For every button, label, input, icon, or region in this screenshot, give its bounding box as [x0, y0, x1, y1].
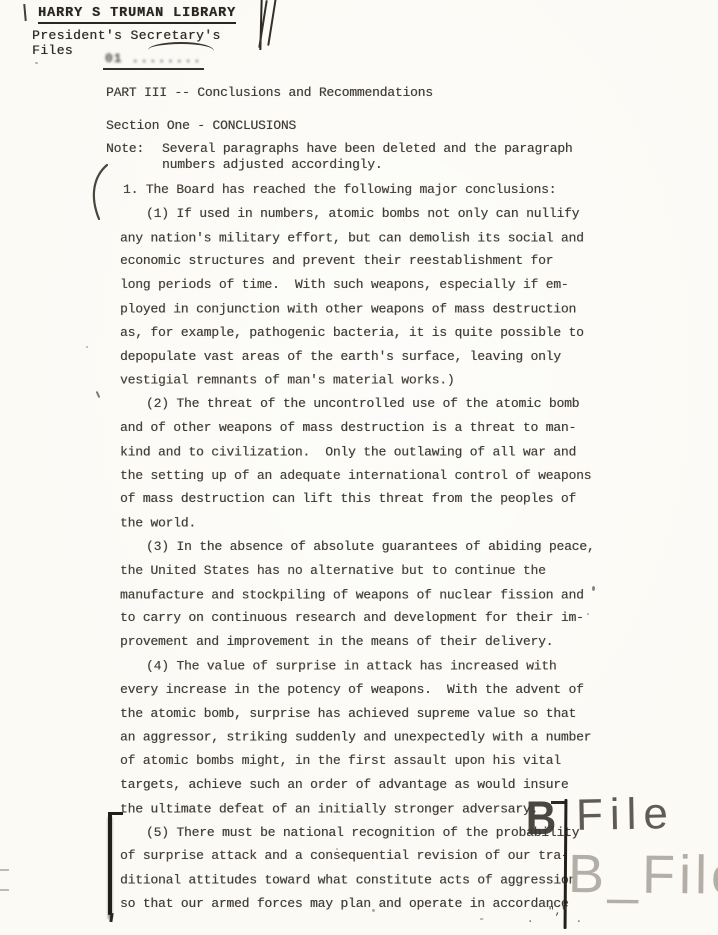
- document-line: as, for example, pathogenic bacteria, it…: [106, 321, 636, 345]
- document-line: (1) If used in numbers, atomic bombs not…: [106, 202, 636, 226]
- document-line: an aggressor, striking suddenly and unex…: [106, 726, 636, 750]
- document-line: long periods of time. With such weapons,…: [106, 273, 636, 297]
- document-line: (4) The value of surprise in attack has …: [106, 654, 636, 678]
- document-line: 1. The Board has reached the following m…: [106, 178, 636, 202]
- document-line: any nation's military effort, but can de…: [106, 226, 636, 250]
- scan-edge-artifact: [0, 889, 9, 891]
- document-body: 1. The Board has reached the following m…: [106, 178, 636, 916]
- part-heading: PART III -- Conclusions and Recommendati…: [106, 85, 433, 100]
- library-stamp-box: HARRY S TRUMAN LIBRARY President's Secre…: [28, 2, 260, 48]
- document-line: the setting up of an adequate internatio…: [106, 464, 636, 488]
- document-line: the United States has no alternative but…: [106, 559, 636, 583]
- pen-bracket-left-tail: [109, 913, 113, 922]
- footer-faint-marks: - . .: [478, 912, 591, 926]
- pen-tick-mark: [96, 391, 101, 398]
- library-stamp-title: HARRY S TRUMAN LIBRARY: [38, 6, 236, 24]
- document-line: ditional attitudes toward what constitut…: [106, 869, 636, 893]
- stamp-border-left: [23, 4, 26, 21]
- document-line: depopulate vast areas of the earth's sur…: [106, 345, 636, 369]
- ink-speck: [380, 904, 382, 906]
- document-line: every increase in the potency of weapons…: [106, 678, 636, 702]
- document-line: of mass destruction can lift this threat…: [106, 487, 636, 511]
- document-line: the world.: [106, 512, 636, 536]
- b-file-stamp-light: B_File.: [568, 847, 718, 903]
- document-line: manufacture and stockpiling of weapons o…: [106, 583, 636, 607]
- document-line: (5) There must be national recognition o…: [106, 821, 636, 845]
- document-line: vestigial remnants of man's material wor…: [106, 369, 636, 393]
- document-line: (3) In the absence of absolute guarantee…: [106, 535, 636, 559]
- section-heading: Section One - CONCLUSIONS: [106, 118, 296, 133]
- pen-bracket-left: [108, 813, 112, 915]
- document-line: targets, achieve such an order of advant…: [106, 773, 636, 797]
- scan-edge-artifact: [0, 869, 9, 871]
- document-line: (2) The threat of the uncontrolled use o…: [106, 392, 636, 416]
- note-text: Several paragraphs have been deleted and…: [162, 141, 572, 172]
- document-line: and of other weapons of mass destruction…: [106, 416, 636, 440]
- document-line: of surprise attack and a consequential r…: [106, 844, 636, 868]
- document-line: economic structures and prevent their re…: [106, 249, 636, 273]
- ink-speck: [86, 346, 88, 348]
- b-file-stamp-dark-file: File: [576, 792, 676, 838]
- document-line: to carry on continuous research and deve…: [106, 606, 636, 630]
- document-line: the atomic bomb, surprise has achieved s…: [106, 702, 636, 726]
- note-line: numbers adjusted accordingly.: [162, 157, 572, 173]
- footer-quote-mark: ",": [548, 906, 568, 918]
- b-file-stamp-dark-b: B: [526, 794, 557, 841]
- handwritten-paren-mark: [86, 163, 110, 221]
- note-label: Note:: [106, 141, 144, 156]
- document-line: of atomic bombs might, in the first assa…: [106, 749, 636, 773]
- ink-speck: [372, 909, 375, 912]
- ink-speck: [587, 613, 589, 615]
- note-line: Several paragraphs have been deleted and…: [162, 141, 572, 157]
- ink-speck: [592, 586, 595, 591]
- document-line: ployed in conjunction with other weapons…: [106, 297, 636, 321]
- document-line: kind and to civilization. Only the outla…: [106, 440, 636, 464]
- document-line: provement and improvement in the means o…: [106, 630, 636, 654]
- ink-speck: [336, 848, 338, 850]
- pen-slash-mark: [267, 0, 276, 46]
- scanned-document-page: HARRY S TRUMAN LIBRARY President's Secre…: [0, 0, 718, 935]
- smudged-stamp-line: 01 ........: [103, 49, 204, 70]
- ink-speck: [35, 62, 38, 64]
